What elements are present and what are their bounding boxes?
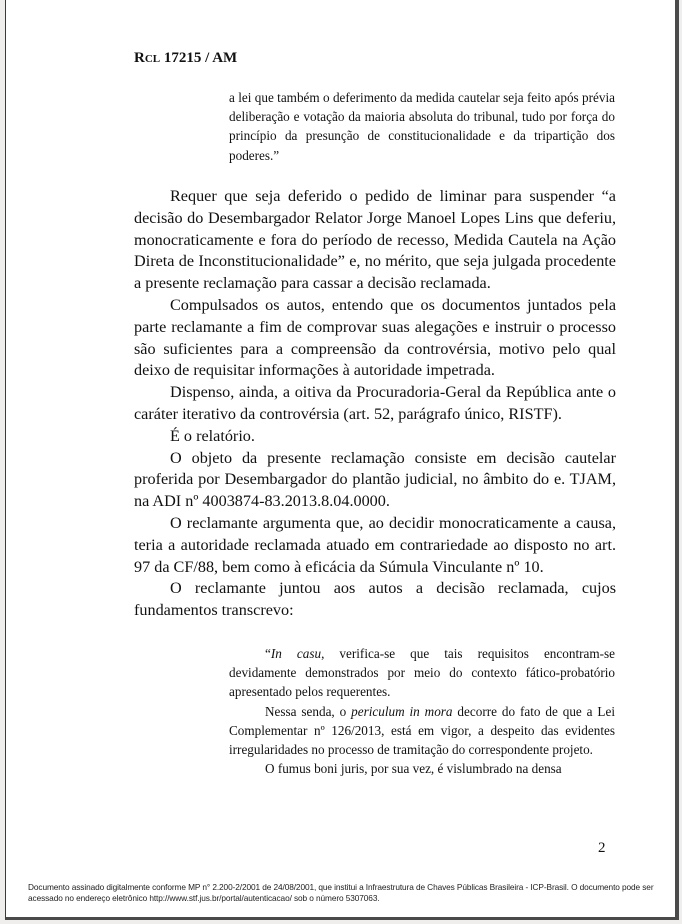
quote-paragraph-2: Nessa senda, o periculum in mora decorre… [229,702,615,760]
case-prefix: Rcl [134,50,160,66]
digital-signature-footer: Documento assinado digitalmente conforme… [28,882,668,904]
quote-paragraph-3: O fumus boni juris, por sua vez, é vislu… [229,759,615,778]
paragraph-dispense: Dispenso, ainda, a oitiva da Procuradori… [134,382,616,426]
case-reference-header: Rcl 17215 / AM [134,50,237,67]
quote-top-text: a lei que também o deferimento da medida… [229,90,615,163]
quote-paragraph-1: “In casu, verifica-se que tais requisito… [229,644,615,702]
paragraph-request: Requer que seja deferido o pedido de lim… [134,186,616,295]
quote-block-top: a lei que também o deferimento da medida… [229,88,615,165]
body-paragraphs: Requer que seja deferido o pedido de lim… [134,186,616,622]
paragraph-argument: O reclamante argumenta que, ao decidir m… [134,513,616,578]
paragraph-report: É o relatório. [134,426,616,448]
quote-block-bottom: “In casu, verifica-se que tais requisito… [229,644,615,778]
page-number: 2 [598,840,606,857]
quote-p2-start: Nessa senda, o [265,704,351,719]
italic-in-casu: In casu [271,646,321,661]
document-page: Rcl 17215 / AM a lei que também o deferi… [5,0,679,920]
paragraph-object: O objeto da presente reclamação consiste… [134,448,616,513]
paragraph-documents: Compulsados os autos, entendo que os doc… [134,295,616,382]
case-number: 17215 / AM [164,50,237,66]
paragraph-transcription: O reclamante juntou aos autos a decisão … [134,578,616,622]
italic-periculum: periculum in mora [351,704,452,719]
